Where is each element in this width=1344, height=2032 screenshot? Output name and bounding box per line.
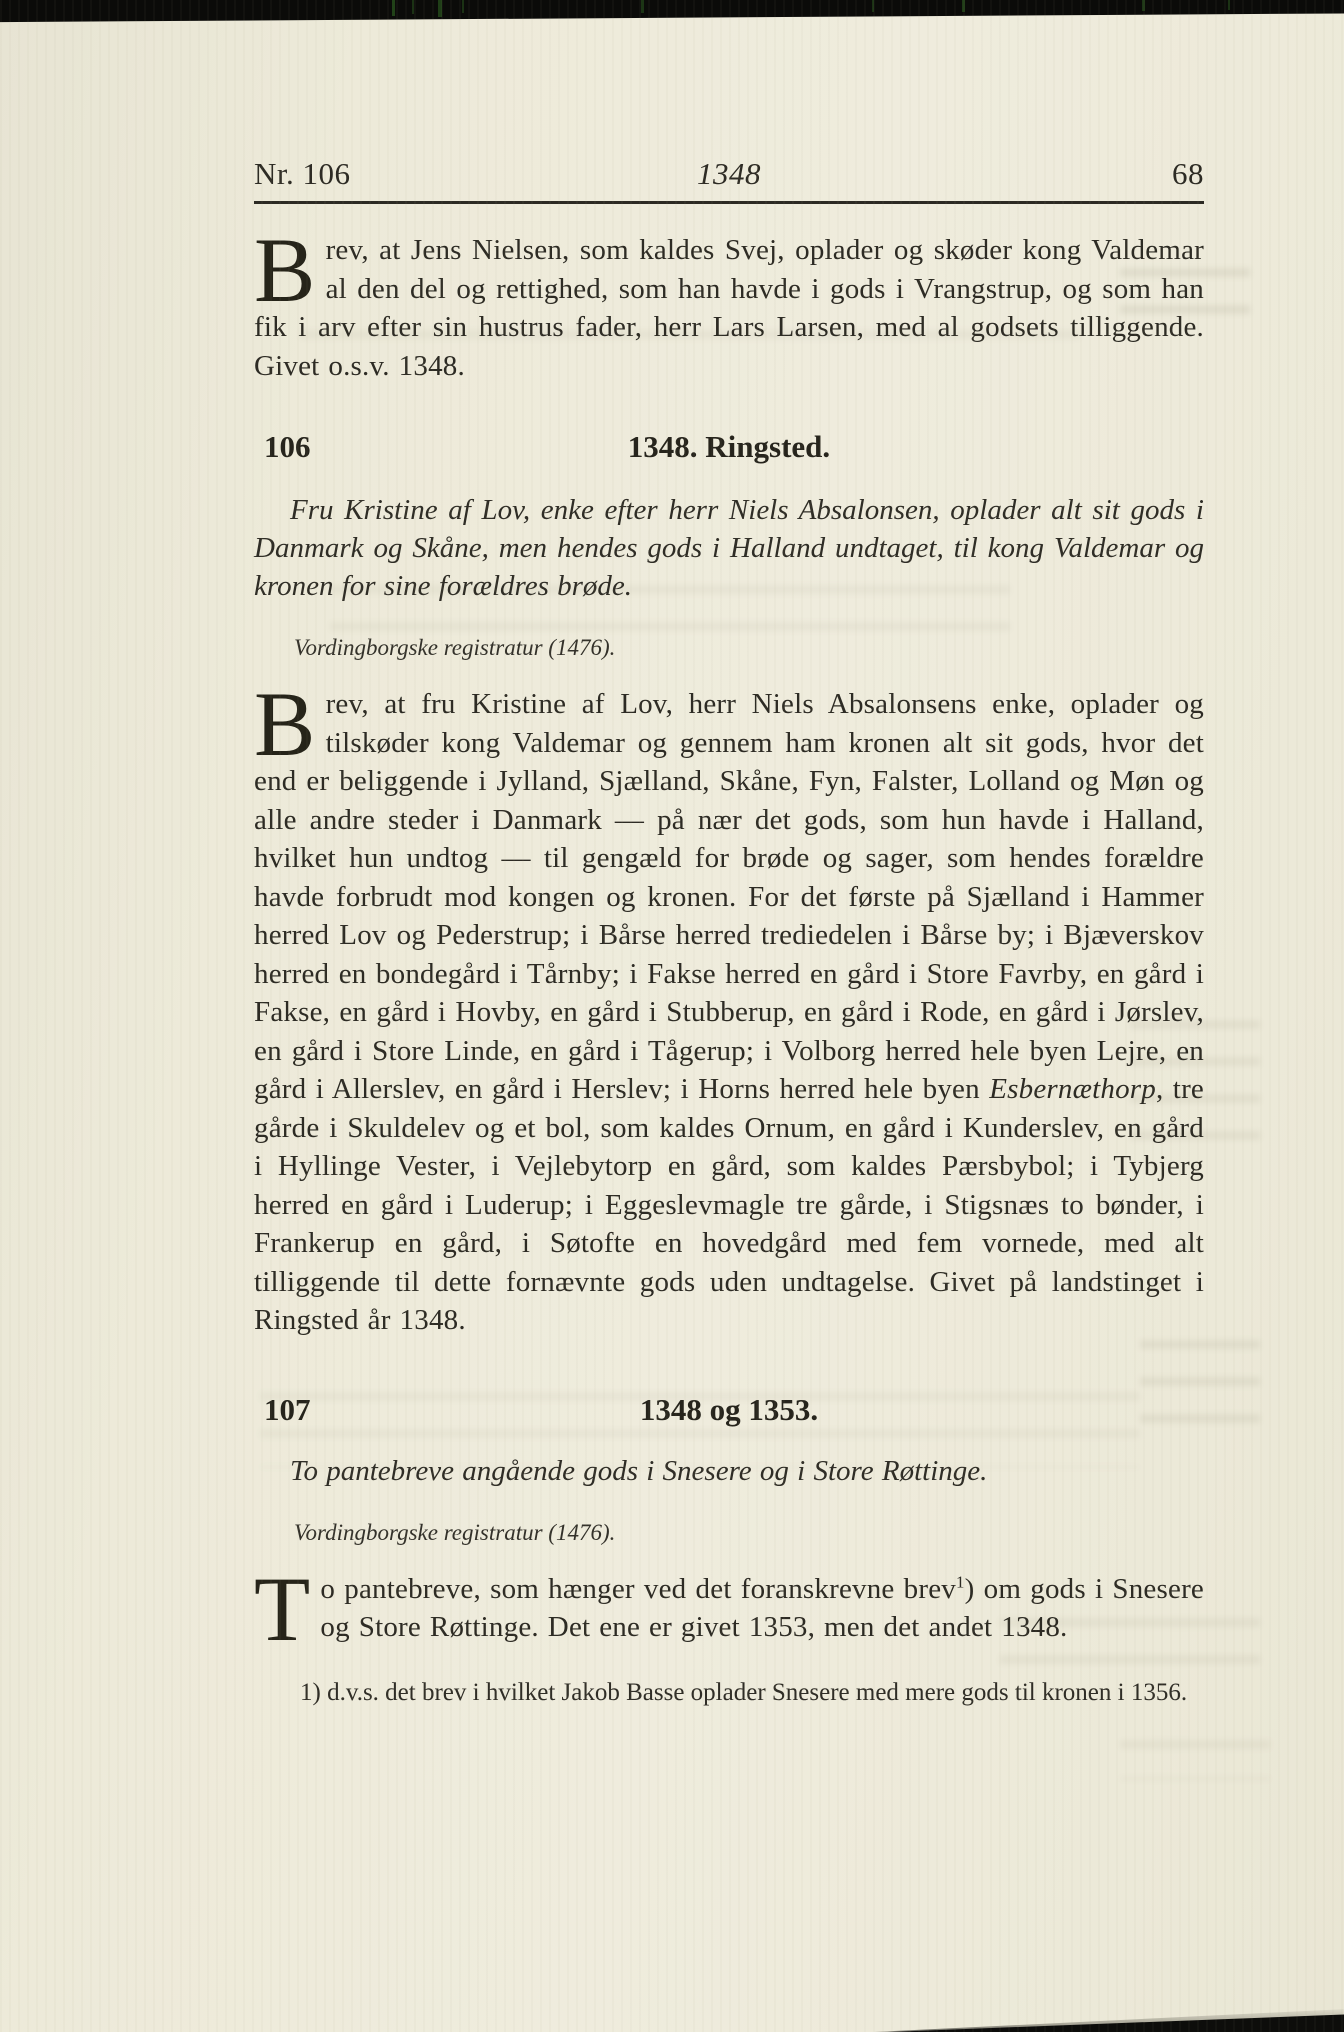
entry-106-source: Vordingborgske registratur (1476). xyxy=(294,634,1204,662)
entry-107-body: To pantebreve, som hænger ved det forans… xyxy=(254,1570,1204,1647)
intro-paragraph: Brev, at Jens Nielsen, som kaldes Svej, … xyxy=(254,231,1204,385)
entry-106-body-part1: rev, at fru Kristine af Lov, herr Niels … xyxy=(254,688,1204,1105)
entry-107-title: 1348 og 1353. xyxy=(254,1392,1204,1428)
entry-106-body-part2: , tre gårde i Skuldelev og et bol, som k… xyxy=(254,1073,1204,1336)
text-column: Nr. 106 1348 68 Brev, at Jens Nielsen, s… xyxy=(254,0,1204,1734)
running-head-year: 1348 xyxy=(571,156,888,192)
entry-107-body-part1: o pantebreve, som hænger ved det foransk… xyxy=(320,1573,956,1605)
scanned-book-page: Nr. 106 1348 68 Brev, at Jens Nielsen, s… xyxy=(0,0,1344,2032)
footnote: 1) d.v.s. det brev i hvilket Jakob Basse… xyxy=(254,1676,1204,1709)
running-head-page-number: 68 xyxy=(887,156,1204,192)
entry-106-title: 1348. Ringsted. xyxy=(254,429,1204,465)
scan-streak xyxy=(1228,0,1230,10)
entry-107-summary: To pantebreve angående gods i Snesere og… xyxy=(254,1452,1204,1490)
footnote-reference: 1 xyxy=(956,1572,965,1591)
entry-106-body-italic-placename: Esbernæthorp xyxy=(989,1073,1156,1105)
intro-paragraph-text: rev, at Jens Nielsen, som kaldes Svej, o… xyxy=(254,234,1204,382)
entry-107-dropcap: T xyxy=(254,1575,310,1643)
running-head-entry-number: Nr. 106 xyxy=(254,156,571,192)
footnote-marker: 1) xyxy=(300,1679,321,1706)
intro-dropcap: B xyxy=(254,236,316,304)
entry-107-source: Vordingborgske registratur (1476). xyxy=(294,1519,1204,1547)
footnote-text: d.v.s. det brev i hvilket Jakob Basse op… xyxy=(327,1679,1187,1706)
running-head: Nr. 106 1348 68 xyxy=(254,0,1204,192)
entry-106-dropcap: B xyxy=(254,690,316,758)
entry-106-heading-row: 106 1348. Ringsted. xyxy=(254,429,1204,467)
entry-106-summary: Fru Kristine af Lov, enke efter herr Nie… xyxy=(254,491,1204,605)
entry-107-number: 107 xyxy=(264,1392,311,1428)
bleedthrough-ghost xyxy=(1120,1740,1270,1780)
entry-106-number: 106 xyxy=(264,429,311,465)
entry-107-heading-row: 107 1348 og 1353. xyxy=(254,1392,1204,1430)
entry-106-body: Brev, at fru Kristine af Lov, herr Niels… xyxy=(254,685,1204,1340)
header-rule xyxy=(254,201,1204,204)
